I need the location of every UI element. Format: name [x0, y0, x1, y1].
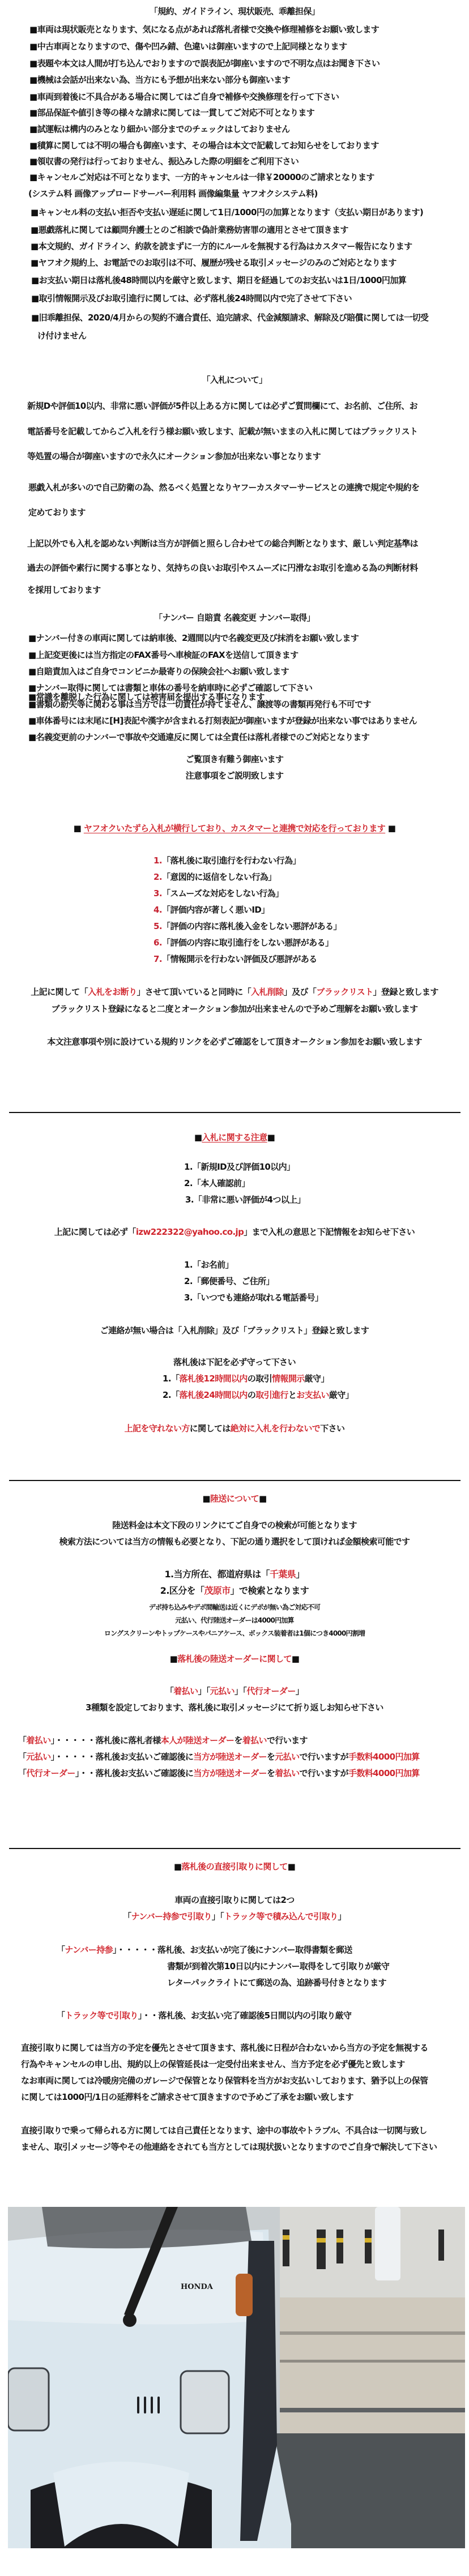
bidding-paragraph-line: を採用しております	[27, 584, 101, 596]
terms-item: ■キャンセルご対応は不可となります、一方的キャンセルは一律￥20000のご請求と…	[29, 172, 374, 183]
bid-condition: 1.「新規ID及び評価10以内」	[184, 1161, 295, 1173]
pickup-policy-line: 直接引取りに関しては当方の予定を優先とさせて頂きます、落札後に日程が合わないから…	[21, 2042, 428, 2053]
bidding-paragraph-line: 等処置の場合が御座いますので永久にオークション参加が出来ない事となります	[27, 451, 321, 462]
shipping-title: ■陸送について■	[0, 1493, 469, 1504]
terms-item-continued: け付けません	[37, 330, 86, 341]
bidding-paragraph-line: 定めております	[28, 507, 86, 518]
after-win-rule: 2.「落札後24時間以内の取引進行とお支払い厳守」	[163, 1389, 353, 1401]
bid-condition: 3.「非常に悪い評価が4つ以上」	[185, 1194, 305, 1205]
honda-logo: HONDA	[181, 2283, 214, 2291]
number-plate-item: ■車体番号には末尾に[H]表記や漢字が含まれる打刻表記が御座いますが登録が出来な…	[28, 715, 417, 726]
bidding-paragraph-line: 過去の評価や素行に関する事となり、気持ちの良いお取引やスムーズに円滑なお取引を進…	[27, 562, 418, 574]
bid-condition: 2.「本人確認前」	[184, 1178, 250, 1189]
terms-item: ■本文規約、ガイドライン、約款を読まずに一方的にルールを無視する行為はカスタマー…	[31, 241, 412, 252]
shipping-note: ロングスクリーンやトップケースやパニアケース、ボックス装着者は1個につき4000…	[0, 1628, 469, 1639]
warning-headline-text: ヤフオクいたずら入札が横行しており、カスタマーと連携で対応を行っております	[84, 823, 385, 833]
no-contact-note: ご連絡が無い場合は「入札削除」及び「ブラックリスト」登録と致します	[0, 1325, 469, 1336]
bidding-paragraph-line: 新規Dや評価10以内、非常に悪い評価が5件以上ある方に関しては必ずご質問欄にて、…	[27, 400, 417, 412]
info-item: 1.「お名前」	[184, 1259, 233, 1270]
terms-item: ■試運転は構内のみとなり細かい部分までのチェックはしておりません	[29, 123, 290, 135]
pickup-plate-row: 「ナンバー持参」・・・・・落札後、お支払いが完了後にナンバー取得書類を郵送	[57, 1944, 352, 1955]
contact-instruction: 上記に関しては必ず「izw222322@yahoo.co.jp」まで入札の意思と…	[0, 1226, 469, 1238]
bullet-square: ■	[74, 823, 82, 833]
pickup-title: ■落札後の直接引取りに関して■	[0, 1861, 469, 1872]
terms-item: ■取引情報開示及びお取引進行に関しては、必ず落札後24時間以内で完了させて下さい	[31, 293, 352, 304]
divider	[9, 1112, 461, 1113]
ride-home-line: ません、取引メッセージ等やその他連絡をされても当方としては現状扱いとなりますので…	[21, 2141, 437, 2153]
terms-item: ■領収書の発行は行っておりません、振込みした際の明細をご利用下さい	[29, 156, 299, 167]
final-warning: 上記を守れない方に関しては絶対に入札を行わないで下さい	[0, 1423, 469, 1434]
pickup-intro: 車両の直接引取りに関しては2つ	[0, 1894, 469, 1906]
ride-home-line: 直接引取りで乗って帰られる方に関しては自己責任となります、途中の事故やトラブル、…	[21, 2125, 427, 2136]
bidding-paragraph-line: 悪戯入札が多いので自己防衛の為、然るべく処置となりヤフーカスタマーサービスとの連…	[28, 482, 419, 493]
number-plate-item: ■ナンバー付きの車両に関しては納車後、2週間以内で名義変更及び抹消をお願い致しま…	[28, 632, 359, 644]
terms-item: ■ヤフオク規約上、お電話でのお取引は不可、履歴が残せる取引メッセージのみのご対応…	[31, 257, 396, 268]
divider	[9, 1480, 461, 1481]
greeting-line: ご覧頂き有難う御座います	[0, 754, 469, 765]
info-item: 2.「郵便番号、ご住所」	[184, 1276, 274, 1287]
shipping-line: 陸送料金は本文下段のリンクにてご自身での検索が可能となります	[0, 1520, 469, 1531]
number-plate-title: 「ナンバー 自賠責 名義変更 ナンバー取得」	[0, 612, 469, 623]
terms-item: ■機械は会話が出来ない為、当方にも予想が出来ない部分も御座います	[29, 74, 290, 85]
warning-summary: 上記に関して「入札をお断り」させて頂いていると同時に「入札削除」及び「ブラックリ…	[0, 986, 469, 998]
pickup-options: 「ナンバー持参で引取り」「トラック等で積み込んで引取り」	[0, 1911, 469, 1922]
confirm-note: 本文注意事項や別に設けている規約リンクを必ずご確認をして頂きオークション参加をお…	[0, 1036, 469, 1047]
terms-item: ■中古車両となりますので、傷や凹み錆、色違いは御座いますので上記同様となります	[29, 41, 347, 52]
bidding-paragraph-line: 電話番号を記載してからご入札を行う様お願い致します、記載が無いままの入札に関して…	[27, 426, 417, 437]
terms-item: ■表題や本文は人間が打ち込んでおりますので誤表記が御座いますので不明な点はお聞き…	[29, 58, 380, 69]
warning-list-item: 4.「評価内容が著しく悪いID」	[154, 904, 270, 915]
shipping-line: 検索方法については当方の情報も必要となり、下記の通り選択をして頂ければ金額検索可…	[0, 1536, 469, 1547]
warning-list-item: 7.「情報開示を行わない評価及び悪評がある	[154, 953, 317, 965]
pickup-policy-line: なお車両に関しては冷暖房完備のガレージで保管となり保管料を当方がお支払いしており…	[21, 2075, 428, 2086]
number-plate-item: ■上記変更後には当方指定のFAX番号へ車検証のFAXを送信して頂きます	[28, 649, 299, 661]
number-plate-item: ■常識を離脱した行為に関しては被害届を提出する事になります	[28, 691, 265, 703]
bidding-paragraph-line: 上記以外でも入札を認めない判断は当方が評価と照らし合わせての総合判断となります、…	[27, 538, 418, 549]
order-row: 「着払い」・・・・・落札後に落札者様本人が陸送オーダーを着払いで行います	[18, 1735, 308, 1746]
pickup-truck-row: 「トラック等で引取り」・・落札後、お支払い完了確認後5日間以内の引取り厳守	[57, 2010, 351, 2021]
bidding-title: 「入札について」	[0, 374, 469, 386]
shipping-note: 元払い、代行陸送オーダーは4000円加算	[0, 1615, 469, 1626]
pickup-plate-detail: 書類が到着次第10日以内にナンバー取得をして引取りが厳守	[167, 1961, 389, 1972]
blacklist-note: ブラックリスト登録になると二度とオークション参加が出来ませんので予めご理解をお願…	[0, 1003, 469, 1015]
info-item: 3.「いつでも連絡が取れる電話番号」	[184, 1292, 323, 1303]
terms-item: ■車両到着後に不具合がある場合に関してはご自身で補修や交換修理を行って下さい	[29, 91, 339, 102]
order-row: 「元払い」・・・・・落札後お支払いご確認後に当方が陸送オーダーを元払いで行います…	[18, 1751, 420, 1762]
warning-list-item: 5.「評価の内容に落札後入金をしない悪評がある」	[154, 921, 342, 932]
warning-list-item: 3.「スムーズな対応をしない行為」	[154, 888, 283, 899]
after-win-title: 落札後は下記を必ず守って下さい	[0, 1357, 469, 1368]
terms-item: ■悪戯落札に関しては顧問弁護士とのご相談で偽計業務妨害罪の適用とさせて頂きます	[31, 224, 348, 236]
terms-item: ■部品保証や値引き等の様々な請求に関しては一貫してご対応不可となります	[29, 107, 314, 118]
warning-list-item: 1.「落札後に取引進行を行わない行為」	[154, 855, 301, 866]
vehicle-photo: HONDA	[8, 2207, 465, 2548]
order-types: 「着払い」「元払い」「代行オーダー」	[0, 1685, 469, 1697]
warning-headline: ■ ヤフオクいたずら入札が横行しており、カスタマーと連携で対応を行っております …	[0, 823, 469, 834]
number-plate-item: ■名義変更前のナンバーで事故や交通違反に関しては全責任は落札者様でのご対応となり…	[28, 731, 369, 743]
shipping-step: 1.当方所在、都道府県は「千葉県」	[0, 1569, 469, 1580]
bid-caution-title: ■入札に関する注意■	[0, 1132, 469, 1143]
warning-list-item: 6.「評価の内容に取引進行をしない悪評がある」	[154, 937, 333, 948]
order-row: 「代行オーダー」・・落札後お支払いご確認後に当方が陸送オーダーを着払いで行います…	[18, 1768, 420, 1779]
after-win-rule: 1.「落札後12時間以内の取引情報開示厳守」	[163, 1373, 329, 1384]
pickup-policy-line: に関しては1000円/1日の延滞料をご請求させて頂きますので予めご了承をお願い致…	[21, 2091, 353, 2103]
pickup-plate-detail: レターパックライトにて郵送の為、追跡番号付きとなります	[167, 1977, 386, 1988]
terms-title: 「規約、ガイドライン、現状販売、乖離担保」	[0, 6, 469, 17]
greeting-line: 注意事項をご説明致します	[0, 770, 469, 781]
bullet-square: ■	[388, 823, 396, 833]
order-types-note: 3種類を設定しております、落札後に取引メッセージにて折り返しお知らせ下さい	[0, 1702, 469, 1713]
terms-item: ■車両は現状販売となります、気になる点があれば落札者様で交換や修理補修をお願い致…	[29, 24, 379, 35]
pickup-policy-line: 行為やキャンセルの申し出、規約以上の保管延長は一定受付出来ません、当方予定を必ず…	[21, 2059, 405, 2070]
terms-note: (システム料 画像アップロードサーバー利用料 画像編集量 ヤフオクシステム料)	[28, 188, 318, 199]
contact-email-link[interactable]: izw222322@yahoo.co.jp	[136, 1227, 244, 1237]
terms-item: ■旧乖離担保、2020/4月からの契約不適合責任、追完請求、代金減額請求、解除及…	[31, 312, 428, 323]
warning-list-item: 2.「意図的に返信をしない行為」	[154, 871, 276, 883]
order-title: ■落札後の陸送オーダーに関して■	[0, 1653, 469, 1664]
terms-item: ■キャンセル料の支払い拒否や支払い遅延に関して1日/1000円の加算となります（…	[31, 207, 423, 218]
terms-item: ■積算に関しては不明の場合も御座います、その場合は本文で記載してお知らせをしてお…	[29, 140, 379, 151]
divider	[9, 1848, 461, 1849]
scooter-illustration: HONDA	[8, 2207, 465, 2548]
terms-item: ■お支払い期日は落札後48時間以内を厳守と致します、期日を経過してのお支払いは1…	[31, 275, 406, 286]
shipping-note: デポ持ち込みやデポ間輸送は近くにデポが無い為ご対応不可	[0, 1602, 469, 1613]
number-plate-item: ■自賠責加入はご自身でコンビニか最寄りの保険会社へお願い致します	[28, 666, 289, 677]
shipping-step: 2.区分を「茂原市」で検索となります	[0, 1585, 469, 1597]
